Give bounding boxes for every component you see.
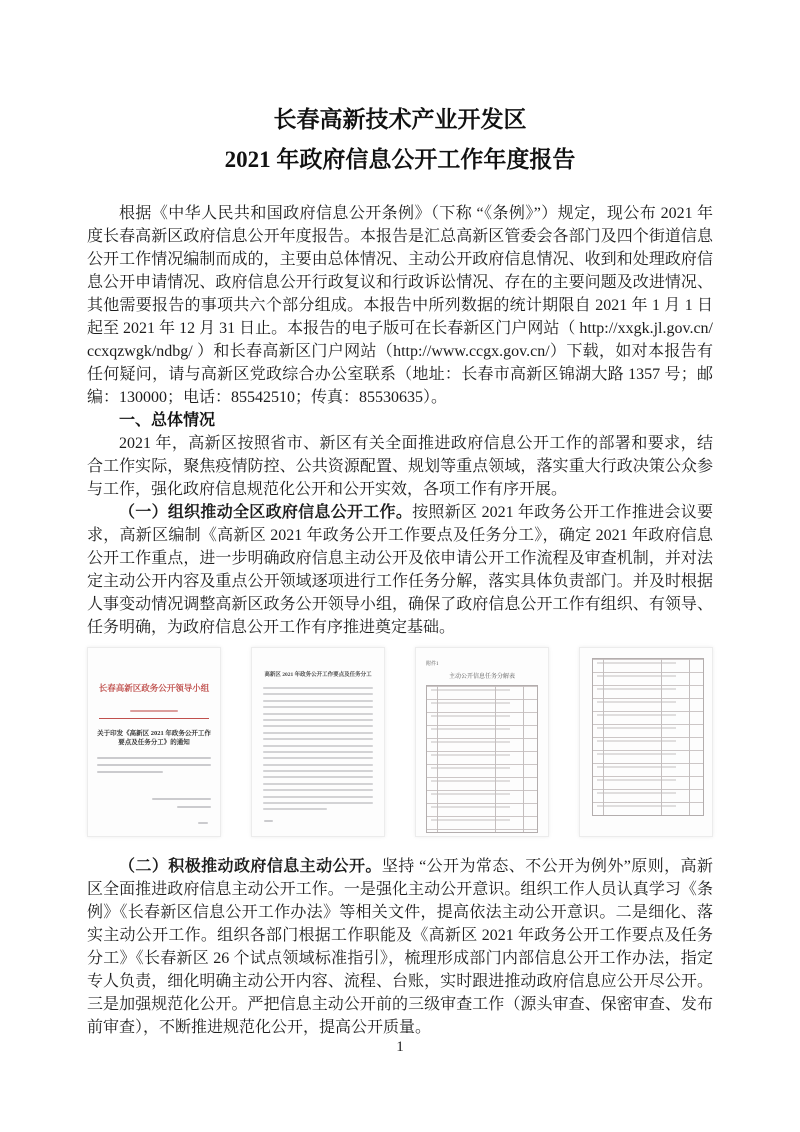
paragraph-overview: 2021 年，高新区按照省市、新区有关全面推进政府信息公开工作的部署和要求，结合…	[87, 432, 713, 501]
attachment-thumbnails-row: 长春高新区政务公开领导小组 关于印发《高新区 2021 年政务公开工作要点及任务…	[87, 647, 713, 843]
doc1-body-blur-lines	[97, 757, 211, 773]
blurred-text-line	[97, 771, 163, 773]
blurred-text-line	[263, 808, 327, 810]
blurred-text-line	[263, 725, 373, 727]
blurred-text-line	[263, 802, 373, 804]
blurred-text-line	[263, 693, 373, 695]
blurred-text-line	[263, 687, 373, 689]
doc1-content: 长春高新区政务公开领导小组 关于印发《高新区 2021 年政务公开工作要点及任务…	[88, 648, 220, 811]
attachment-doc2-text-page: 高新区 2021 年政务公开工作要点及任务分工	[251, 647, 385, 837]
doc3-content: 附件1 主动公开信息任务分解表	[416, 648, 548, 833]
blurred-text-line	[263, 751, 373, 753]
section-heading-overview: 一、总体情况	[87, 409, 713, 432]
item1-body: 按照新区 2021 年政务公开工作推进会议要求，高新区编制《高新区 2021 年…	[87, 504, 713, 636]
blurred-text-line	[263, 776, 373, 778]
paragraph-item1: （一）组织推动全区政府信息公开工作。按照新区 2021 年政务公开工作推进会议要…	[87, 501, 713, 639]
paragraph-intro: 根据《中华人民共和国政府信息公开条例》（下称 “《条例》”）规定，现公布 202…	[87, 202, 713, 409]
doc2-body-blur-lines	[263, 687, 373, 810]
attachment-doc4-table-page	[579, 647, 713, 837]
document-page: 长春高新技术产业开发区 2021 年政府信息公开工作年度报告 根据《中华人民共和…	[0, 0, 800, 1132]
doc1-red-rule	[99, 718, 209, 719]
blurred-text-line	[97, 764, 211, 766]
page-number: 1	[0, 1039, 800, 1056]
paragraph-item2: （二）积极推动政府信息主动公开。坚持 “公开为常态、不公开为例外”原则，高新区全…	[87, 855, 713, 1039]
doc2-content: 高新区 2021 年政务公开工作要点及任务分工	[252, 648, 384, 810]
blurred-text-line	[263, 713, 373, 715]
blurred-text-line	[263, 789, 373, 791]
blurred-text-line	[263, 764, 373, 766]
doc2-pagenum-blur	[264, 816, 273, 826]
blurred-text-line	[263, 745, 373, 747]
item1-label: （一）组织推动全区政府信息公开工作。	[119, 504, 412, 521]
report-title: 长春高新技术产业开发区 2021 年政府信息公开工作年度报告	[87, 100, 713, 180]
doc1-red-masthead: 长春高新区政务公开领导小组	[97, 682, 211, 694]
item2-label: （二）积极推动政府信息主动公开。	[119, 858, 382, 875]
doc4-content	[580, 648, 712, 816]
blurred-text-line	[97, 757, 211, 759]
doc1-pagenum-line	[198, 822, 208, 824]
doc2-title: 高新区 2021 年政务公开工作要点及任务分工	[263, 670, 373, 678]
doc1-date-blur	[177, 806, 211, 808]
doc1-document-number-blur	[130, 710, 178, 712]
blurred-text-line	[263, 757, 373, 759]
report-title-line2: 2021 年政府信息公开工作年度报告	[87, 140, 713, 180]
blurred-text-line	[263, 796, 373, 798]
blurred-text-line	[263, 732, 373, 734]
report-title-line1: 长春高新技术产业开发区	[87, 100, 713, 140]
doc4-task-table	[592, 658, 704, 816]
blurred-text-line	[263, 783, 373, 785]
doc3-task-table	[426, 685, 538, 833]
doc3-corner-label: 附件1	[426, 660, 538, 667]
doc3-title: 主动公开信息任务分解表	[426, 671, 538, 680]
blurred-text-line	[263, 706, 373, 708]
attachment-doc1-notice-page: 长春高新区政务公开领导小组 关于印发《高新区 2021 年政务公开工作要点及任务…	[87, 647, 221, 837]
doc1-pagenum-blur	[198, 818, 208, 828]
blurred-text-line	[263, 700, 373, 702]
blurred-text-line	[263, 738, 373, 740]
doc1-notice-title: 关于印发《高新区 2021 年政务公开工作要点及任务分工》的通知	[97, 729, 211, 747]
doc1-signature-blur	[97, 795, 211, 811]
blurred-text-line	[263, 770, 373, 772]
blurred-text-line	[263, 719, 373, 721]
doc1-signer-blur	[152, 798, 211, 800]
attachment-doc3-table-page: 附件1 主动公开信息任务分解表	[415, 647, 549, 837]
item2-body: 坚持 “公开为常态、不公开为例外”原则，高新区全面推进政府信息主动公开工作。一是…	[87, 858, 713, 1036]
doc2-pagenum-line	[264, 820, 273, 822]
